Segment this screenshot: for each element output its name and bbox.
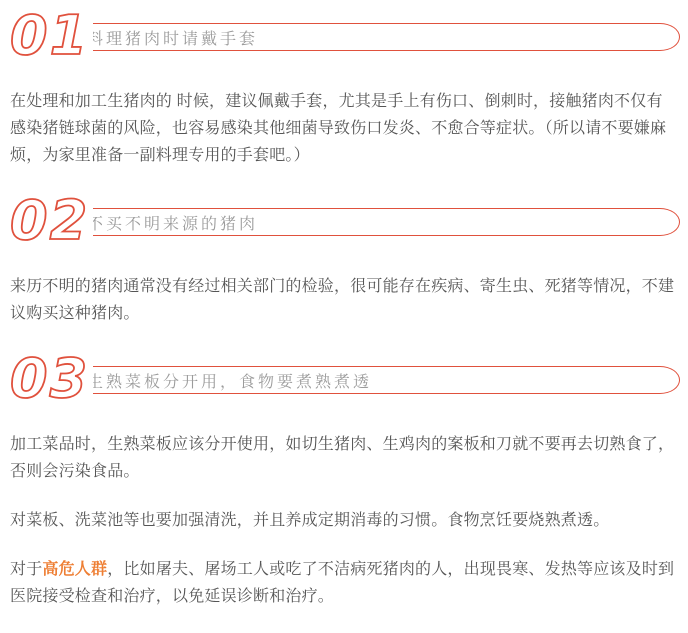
section-number: 03 [6, 349, 93, 409]
section-header: 01 料理猪肉时请戴手套 [0, 6, 680, 66]
section-body: 加工菜品时，生熟菜板应该分开使用，如切生猪肉、生鸡肉的案板和刀就不要再去切熟食了… [10, 431, 678, 610]
section-title: 不买不明来源的猪肉 [87, 211, 258, 234]
section: 01 料理猪肉时请戴手套 在处理和加工生猪肉的 时候，建议佩戴手套，尤其是手上有… [0, 6, 688, 169]
article: 01 料理猪肉时请戴手套 在处理和加工生猪肉的 时候，建议佩戴手套，尤其是手上有… [0, 0, 688, 610]
paragraph: 对于高危人群，比如屠夫、屠场工人或吃了不洁病死猪肉的人，出现畏寒、发热等应该及时… [10, 556, 678, 610]
section-number: 02 [6, 191, 93, 251]
paragraph-text: 在处理和加工生猪肉的 时候，建议佩戴手套，尤其是手上有伤口、倒刺时，接触猪肉不仅… [10, 93, 666, 164]
section-title-pill: 不买不明来源的猪肉 [64, 208, 680, 236]
section-body: 来历不明的猪肉通常没有经过相关部门的检验，很可能存在疾病、寄生虫、死猪等情况，不… [10, 273, 678, 327]
paragraph-text: 加工菜品时，生熟菜板应该分开使用，如切生猪肉、生鸡肉的案板和刀就不要再去切熟食了… [10, 436, 674, 480]
section-body: 在处理和加工生猪肉的 时候，建议佩戴手套，尤其是手上有伤口、倒刺时，接触猪肉不仅… [10, 88, 678, 169]
section-title: 生熟菜板分开用，食物要煮熟煮透 [87, 369, 372, 392]
paragraph-text: 对于 [10, 561, 42, 578]
section-title: 料理猪肉时请戴手套 [87, 26, 258, 49]
section-header: 02 不买不明来源的猪肉 [0, 191, 680, 251]
section-header: 03 生熟菜板分开用，食物要煮熟煮透 [0, 349, 680, 409]
paragraph-text: 对菜板、洗菜池等也要加强清洗，并且养成定期消毒的习惯。食物烹饪要烧熟煮透。 [10, 512, 609, 529]
section-title-pill: 料理猪肉时请戴手套 [64, 23, 680, 51]
paragraph: 加工菜品时，生熟菜板应该分开使用，如切生猪肉、生鸡肉的案板和刀就不要再去切熟食了… [10, 431, 678, 485]
section: 02 不买不明来源的猪肉 来历不明的猪肉通常没有经过相关部门的检验，很可能存在疾… [0, 191, 688, 327]
paragraph-text: ，比如屠夫、屠场工人或吃了不洁病死猪肉的人，出现畏寒、发热等应该及时到医院接受检… [10, 561, 674, 605]
section: 03 生熟菜板分开用，食物要煮熟煮透 加工菜品时，生熟菜板应该分开使用，如切生猪… [0, 349, 688, 610]
paragraph: 在处理和加工生猪肉的 时候，建议佩戴手套，尤其是手上有伤口、倒刺时，接触猪肉不仅… [10, 88, 678, 169]
paragraph: 来历不明的猪肉通常没有经过相关部门的检验，很可能存在疾病、寄生虫、死猪等情况，不… [10, 273, 678, 327]
paragraph: 对菜板、洗菜池等也要加强清洗，并且养成定期消毒的习惯。食物烹饪要烧熟煮透。 [10, 507, 678, 534]
highlight-text: 高危人群 [42, 561, 107, 578]
section-number: 01 [6, 6, 93, 66]
section-title-pill: 生熟菜板分开用，食物要煮熟煮透 [64, 366, 680, 394]
paragraph-text: 来历不明的猪肉通常没有经过相关部门的检验，很可能存在疾病、寄生虫、死猪等情况，不… [10, 278, 674, 322]
